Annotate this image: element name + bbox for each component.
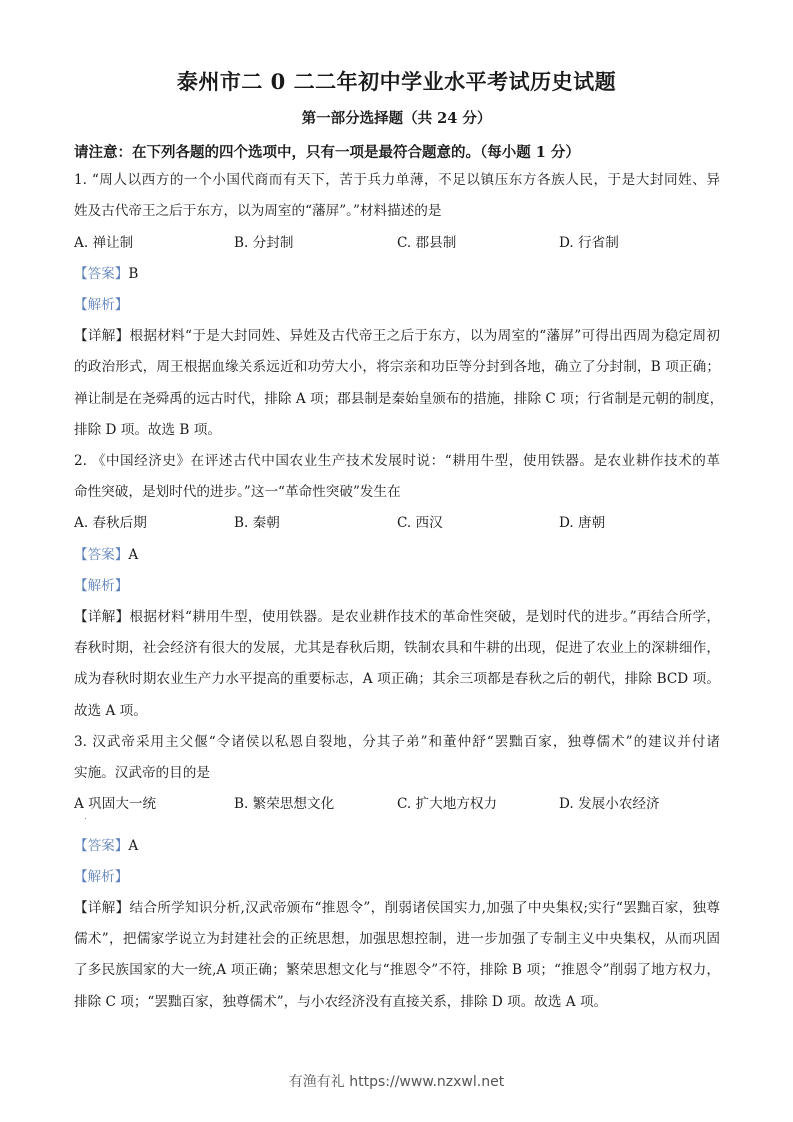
- question-1-analysis-label: 【解析】: [74, 295, 128, 315]
- question-2-detail-line-2: 春秋时期，社会经济有很大的发展，尤其是春秋后期，铁制农具和牛耕的出现，促进了农业…: [74, 638, 720, 658]
- answer-value: B: [128, 266, 138, 282]
- question-2-option-d: D. 唐朝: [559, 513, 605, 533]
- question-2-option-b: B. 秦朝: [234, 513, 280, 533]
- answer-label: 【答案】: [74, 838, 128, 854]
- question-3-answer: 【答案】A: [74, 836, 138, 856]
- question-3-option-b: B. 繁荣思想文化: [234, 794, 334, 814]
- detail-label: 【详解】: [74, 609, 130, 625]
- question-3-option-c: C. 扩大地方权力: [397, 794, 497, 814]
- footer-watermark: 有渔有礼 https://www.nzxwl.net: [0, 1071, 793, 1091]
- question-1-detail-line-1: 【详解】根据材料“于是大封同姓、异姓及古代帝王之后于东方，以为周室的“藩屏”可得…: [74, 326, 720, 346]
- question-2-detail-line-1: 【详解】根据材料“耕用牛型，使用铁器。是农业耕作技术的革命性突破，是划时代的进步…: [74, 607, 720, 627]
- answer-value: A: [128, 547, 138, 563]
- question-2-detail-line-3: 成为春秋时期农业生产力水平提高的重要标志，A 项正确；其余三项都是春秋之后的朝代…: [74, 669, 720, 689]
- question-2-analysis-label: 【解析】: [74, 576, 128, 596]
- question-3-option-a: A 巩固大一统: [74, 794, 156, 814]
- question-1-stem-line-2: 姓及古代帝王之后于东方，以为周室的“藩屏”。”材料描述的是: [74, 201, 441, 221]
- question-3-detail-line-1: 【详解】结合所学知识分析,汉武帝颁布“推恩令”，削弱诸侯国实力,加强了中央集权;…: [74, 898, 720, 918]
- detail-label: 【详解】: [74, 900, 130, 916]
- scan-speck: [85, 818, 86, 819]
- question-3-analysis-label: 【解析】: [74, 867, 128, 887]
- question-2-stem-line-1: 2. 《中国经济史》在评述古代中国农业生产技术发展时说：“耕用牛型，使用铁器。是…: [74, 451, 720, 471]
- question-3-option-d: D. 发展小农经济: [559, 794, 660, 814]
- page-title: 泰州市二 0 二二年初中学业水平考试历史试题: [0, 66, 793, 96]
- question-3-detail-line-3: 了多民族国家的大一统,A 项正确；繁荣思想文化与“推恩令”不符，排除 B 项；“…: [74, 960, 720, 980]
- answer-label: 【答案】: [74, 547, 128, 563]
- question-1-option-b: B. 分封制: [234, 233, 293, 253]
- answer-value: A: [128, 838, 138, 854]
- question-2-detail-line-4: 故选 A 项。: [74, 701, 147, 721]
- question-1-detail-line-2: 的政治形式，周王根据血缘关系远近和功劳大小，将宗亲和功臣等分封到各地，确立了分封…: [74, 357, 720, 377]
- question-1-option-c: C. 郡县制: [397, 233, 456, 253]
- question-1-answer: 【答案】B: [74, 264, 138, 284]
- question-2-answer: 【答案】A: [74, 545, 138, 565]
- detail-label: 【详解】: [74, 328, 130, 344]
- question-1-detail-line-4: 排除 D 项。故选 B 项。: [74, 420, 221, 440]
- exam-page: 泰州市二 0 二二年初中学业水平考试历史试题 第一部分选择题（共 24 分） 请…: [0, 0, 793, 1122]
- question-2-stem-line-2: 命性突破，是划时代的进步。”这一“革命性突破”发生在: [74, 482, 401, 502]
- analysis-label: 【解析】: [74, 869, 128, 885]
- question-3-stem-line-1: 3. 汉武帝采用主父偃“令诸侯以私恩自裂地，分其子弟”和董仲舒“罢黜百家，独尊儒…: [74, 732, 720, 752]
- analysis-label: 【解析】: [74, 578, 128, 594]
- question-3-stem-line-2: 实施。汉武帝的目的是: [74, 763, 210, 783]
- question-1-option-d: D. 行省制: [559, 233, 619, 253]
- question-1-option-a: A. 禅让制: [74, 233, 133, 253]
- analysis-label: 【解析】: [74, 297, 128, 313]
- answer-label: 【答案】: [74, 266, 128, 282]
- question-3-detail-line-4: 排除 C 项；“罢黜百家，独尊儒术”，与小农经济没有直接关系，排除 D 项。故选…: [74, 992, 607, 1012]
- question-1-stem-line-1: 1. “周人以西方的一个小国代商而有天下，苦于兵力单薄，不足以镇压东方各族人民，…: [74, 170, 720, 190]
- question-2-option-a: A. 春秋后期: [74, 513, 147, 533]
- question-3-detail-line-2: 儒术”，把儒家学说立为封建社会的正统思想，加强思想控制，进一步加强了专制主义中央…: [74, 929, 720, 949]
- question-1-detail-line-3: 禅让制是在尧舜禹的远古时代，排除 A 项；郡县制是秦始皇颁布的措施，排除 C 项…: [74, 389, 720, 409]
- section-subtitle: 第一部分选择题（共 24 分）: [0, 107, 793, 128]
- question-2-option-c: C. 西汉: [397, 513, 443, 533]
- instructions-notice: 请注意：在下列各题的四个选项中，只有一项是最符合题意的。（每小题 1 分）: [74, 141, 580, 162]
